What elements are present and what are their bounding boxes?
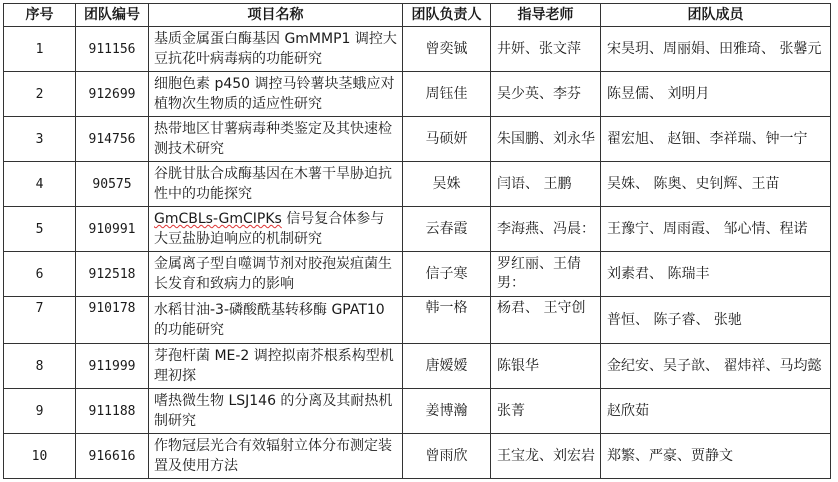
cell-team-leader: 周钰佳 [403,72,491,117]
cell-team-members: 宋昊玥、周丽娟、田雅琦、 张馨元 [601,27,831,72]
cell-serial-number: 5 [4,207,76,252]
cell-advisors: 陈银华 [491,344,601,389]
cell-team-leader: 姜博瀚 [403,389,491,434]
cell-advisors: 杨君、 王守创 [491,297,601,344]
table-row: 5 910991 GmCBLs-GmCIPKs 信号复合体参与大豆盐胁迫响应的机… [4,207,831,252]
cell-team-members: 普恒、 陈子睿、 张驰 [601,297,831,344]
cell-advisors: 罗红丽、王倩男： [491,252,601,297]
cell-serial-number: 1 [4,27,76,72]
cell-team-leader: 曾雨欣 [403,434,491,479]
cell-team-members: 陈昱儒、 刘明月 [601,72,831,117]
cell-project-name: 谷胱甘肽合成酶基因在木薯干旱胁迫抗性中的功能探究 [149,162,403,207]
header-serial-number: 序号 [4,4,76,27]
cell-project-name: 嗜热微生物 LSJ146 的分离及其耐热机制研究 [149,389,403,434]
cell-team-id: 914756 [76,117,149,162]
cell-team-leader: 信子寒 [403,252,491,297]
cell-advisors: 王宝龙、刘宏岩 [491,434,601,479]
cell-serial-number: 8 [4,344,76,389]
cell-advisors: 朱国鹏、刘永华 [491,117,601,162]
cell-serial-number: 7 [4,297,76,344]
header-project-name: 项目名称 [149,4,403,27]
cell-team-id: 910178 [76,297,149,344]
header-team-members: 团队成员 [601,4,831,27]
cell-team-leader: 韩一格 [403,297,491,344]
cell-advisors: 李海燕、冯晨： [491,207,601,252]
cell-project-name: 金属离子型自噬调节剂对胶孢炭疽菌生长发育和致病力的影响 [149,252,403,297]
table-row: 1 911156 基质金属蛋白酶基因 GmMMP1 调控大豆抗花叶病毒病的功能研… [4,27,831,72]
cell-team-members: 吴姝、 陈奥、史钊辉、王苗 [601,162,831,207]
cell-team-id: 910991 [76,207,149,252]
cell-team-leader: 唐嫒嫒 [403,344,491,389]
cell-team-leader: 云春霞 [403,207,491,252]
cell-team-members: 金纪安、吴子歆、 翟炜祥、马均懿 [601,344,831,389]
cell-project-name: 作物冠层光合有效辐射立体分布测定装置及使用方法 [149,434,403,479]
cell-team-id: 912699 [76,72,149,117]
cell-advisors: 吴少英、李芬 [491,72,601,117]
cell-project-name: 热带地区甘薯病毒种类鉴定及其快速检测技术研究 [149,117,403,162]
cell-team-id: 916616 [76,434,149,479]
cell-serial-number: 2 [4,72,76,117]
cell-team-members: 王豫宁、周雨霞、 邹心情、程诺 [601,207,831,252]
cell-team-leader: 曾奕铖 [403,27,491,72]
cell-project-name: 基质金属蛋白酶基因 GmMMP1 调控大豆抗花叶病毒病的功能研究 [149,27,403,72]
cell-team-leader: 吴姝 [403,162,491,207]
table-row: 8 911999 芽孢杆菌 ME-2 调控拟南芥根系构型机理初探 唐嫒嫒 陈银华… [4,344,831,389]
cell-team-id: 911999 [76,344,149,389]
cell-project-name: 芽孢杆菌 ME-2 调控拟南芥根系构型机理初探 [149,344,403,389]
cell-team-leader: 马硕妍 [403,117,491,162]
cell-team-members: 赵欣茹 [601,389,831,434]
table-row: 4 90575 谷胱甘肽合成酶基因在木薯干旱胁迫抗性中的功能探究 吴姝 闫语、 … [4,162,831,207]
project-table: 序号 团队编号 项目名称 团队负责人 指导老师 团队成员 1 911156 基质… [3,3,831,479]
table-row: 7 910178 水稻甘油-3-磷酸酰基转移酶 GPAT10 的功能研究 韩一格… [4,297,831,344]
table-header-row: 序号 团队编号 项目名称 团队负责人 指导老师 团队成员 [4,4,831,27]
cell-team-members: 刘素君、 陈瑞丰 [601,252,831,297]
cell-team-members: 郑繁、严豪、贾静文 [601,434,831,479]
cell-team-id: 912518 [76,252,149,297]
cell-serial-number: 4 [4,162,76,207]
cell-advisors: 张菁 [491,389,601,434]
cell-serial-number: 3 [4,117,76,162]
cell-project-name: GmCBLs-GmCIPKs 信号复合体参与大豆盐胁迫响应的机制研究 [149,207,403,252]
cell-team-members: 翟宏旭、 赵钿、李祥瑞、钟一宁 [601,117,831,162]
cell-advisors: 井妍、张文萍 [491,27,601,72]
cell-project-name: 细胞色素 p450 调控马铃薯块茎蛾应对植物次生物质的适应性研究 [149,72,403,117]
cell-advisors: 闫语、 王鹏 [491,162,601,207]
cell-project-name: 水稻甘油-3-磷酸酰基转移酶 GPAT10 的功能研究 [149,297,403,344]
cell-team-id: 90575 [76,162,149,207]
table-row: 10 916616 作物冠层光合有效辐射立体分布测定装置及使用方法 曾雨欣 王宝… [4,434,831,479]
project-table-container: 序号 团队编号 项目名称 团队负责人 指导老师 团队成员 1 911156 基质… [3,3,831,479]
cell-team-id: 911156 [76,27,149,72]
table-row: 9 911188 嗜热微生物 LSJ146 的分离及其耐热机制研究 姜博瀚 张菁… [4,389,831,434]
table-row: 6 912518 金属离子型自噬调节剂对胶孢炭疽菌生长发育和致病力的影响 信子寒… [4,252,831,297]
table-row: 2 912699 细胞色素 p450 调控马铃薯块茎蛾应对植物次生物质的适应性研… [4,72,831,117]
header-advisors: 指导老师 [491,4,601,27]
cell-team-id: 911188 [76,389,149,434]
spellcheck-underlined-term: GmCBLs-GmCIPKs [154,211,282,227]
header-team-id: 团队编号 [76,4,149,27]
cell-serial-number: 6 [4,252,76,297]
cell-serial-number: 10 [4,434,76,479]
header-team-leader: 团队负责人 [403,4,491,27]
table-row: 3 914756 热带地区甘薯病毒种类鉴定及其快速检测技术研究 马硕妍 朱国鹏、… [4,117,831,162]
cell-serial-number: 9 [4,389,76,434]
